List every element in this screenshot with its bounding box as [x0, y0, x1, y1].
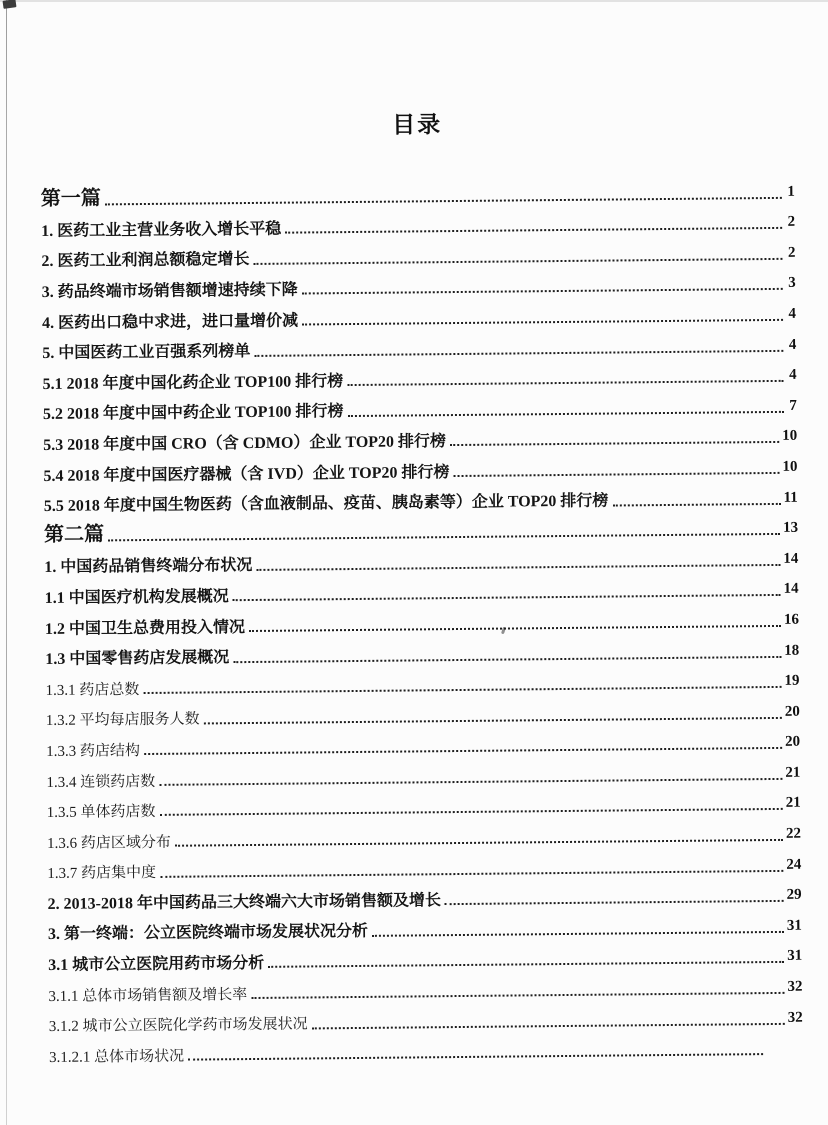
toc-entry-label: 第二篇	[44, 524, 104, 548]
toc-entry-page: 16	[784, 612, 799, 629]
toc-entry-label: 1.3.3 药店结构	[46, 743, 140, 761]
scan-corner-mark-artifact	[3, 0, 17, 9]
toc-entry-label: 5.1 2018 年度中国化药企业 TOP100 排行榜	[43, 373, 344, 394]
toc-entry-page: 1	[785, 183, 795, 200]
toc-entry-page: 24	[786, 856, 801, 873]
dot-leader	[256, 564, 780, 571]
toc-entry-label: 1.3.1 药店总数	[45, 682, 139, 700]
dot-leader	[347, 380, 783, 386]
toc-entry-page: 11	[783, 489, 797, 506]
toc-entry-page: 14	[784, 581, 799, 598]
dot-leader	[233, 655, 781, 662]
toc-entry-label: 1.3.6 药店区域分布	[47, 835, 171, 853]
toc-entry-page: 13	[783, 520, 798, 537]
toc-entry-label: 1.3.7 药店集中度	[47, 865, 156, 883]
toc-entry-page: 21	[786, 795, 801, 812]
toc-entry-page: 19	[784, 673, 799, 690]
toc-entry-label: 2. 2013-2018 年中国药品三大终端六大市场销售额及增长	[48, 892, 442, 914]
dot-leader	[204, 717, 782, 725]
toc-entry-label: 3.1.1 总体市场销售额及增长率	[48, 987, 247, 1006]
dot-leader	[188, 1053, 763, 1061]
toc-entry-label: 1.3.2 平均每店服务人数	[46, 712, 200, 731]
dot-leader	[160, 870, 783, 878]
toc-entry-label: 1.1 中国医疗机构发展概况	[45, 588, 229, 608]
toc-entry-label: 1.3.4 连锁药店数	[46, 774, 155, 792]
dot-leader	[159, 778, 782, 786]
dot-leader	[254, 349, 783, 356]
toc-entry-label: 3.1 城市公立医院用药市场分析	[48, 955, 264, 975]
dot-leader	[445, 900, 784, 905]
toc-entry-page: 32	[787, 979, 802, 996]
dot-leader	[160, 808, 783, 816]
toc-entry-label: 1.2 中国卫生总费用投入情况	[45, 619, 245, 639]
scanned-document-page: 目录 第一篇 1 1. 医药工业主营业务收入增长平稳 2 2. 医药工业利润总额…	[0, 0, 828, 1125]
toc-entry-page: 31	[787, 918, 802, 935]
toc-entry-label: 3.1.2.1 总体市场状况	[49, 1049, 184, 1068]
toc-entry-label: 5.2 2018 年度中国中药企业 TOP100 排行榜	[43, 403, 344, 424]
toc-entry-label: 4. 医药出口稳中求进，进口量增价减	[42, 312, 298, 333]
dot-leader	[312, 1023, 785, 1030]
dot-leader	[175, 839, 783, 847]
toc-entry-label: 1.3.5 单体药店数	[47, 804, 156, 822]
dot-leader	[253, 258, 782, 265]
scan-top-edge-artifact	[0, 0, 828, 2]
toc-entry-page: 10	[782, 428, 797, 445]
toc-entry-page: 10	[782, 459, 797, 476]
toc-entry-page: 21	[785, 765, 800, 782]
toc-entry-page: 32	[788, 1009, 803, 1026]
dot-leader	[251, 992, 784, 999]
toc-entry-label: 1.3 中国零售药店发展概况	[45, 649, 229, 669]
toc-entry-label: 3. 第一终端：公立医院终端市场发展状况分析	[48, 923, 368, 944]
dot-leader	[302, 319, 783, 326]
toc-entry-label: 3.1.2 城市公立医院化学药市场发展状况	[49, 1017, 308, 1037]
dot-leader	[144, 747, 782, 755]
toc-entry-page: 4	[787, 367, 797, 384]
toc-entry-label: 5.3 2018 年度中国 CRO（含 CDMO）企业 TOP20 排行榜	[43, 433, 446, 455]
toc-entry-page: 31	[787, 948, 802, 965]
toc-entry-page: 4	[786, 336, 796, 353]
toc-entry-page: 4	[786, 306, 796, 323]
scan-left-edge-artifact	[6, 0, 7, 1125]
dot-leader	[372, 931, 784, 937]
toc-entry-label: 5. 中国医药工业百强系列榜单	[42, 343, 250, 363]
dot-leader	[348, 411, 784, 417]
toc-entry-page: 2	[785, 245, 795, 262]
toc-entry-label: 第一篇	[41, 187, 101, 211]
toc-entry-label: 1. 医药工业主营业务收入增长平稳	[41, 220, 281, 241]
toc-entry-page: 14	[783, 550, 798, 567]
toc-entry-page: 22	[786, 826, 801, 843]
toc-entry-label: 3. 药品终端市场销售额增速持续下降	[42, 282, 298, 303]
dot-leader	[233, 594, 781, 601]
toc-title: 目录	[40, 103, 794, 143]
page-content: 目录 第一篇 1 1. 医药工业主营业务收入增长平稳 2 2. 医药工业利润总额…	[40, 103, 803, 1067]
toc-entry-page: 2	[785, 214, 795, 231]
dot-leader	[285, 227, 782, 234]
dot-leader	[143, 686, 781, 694]
toc-list: 第一篇 1 1. 医药工业主营业务收入增长平稳 2 2. 医药工业利润总额稳定增…	[41, 173, 803, 1067]
toc-entry-page: 29	[786, 887, 801, 904]
toc-entry-page: 20	[785, 703, 800, 720]
toc-entry-page: 3	[786, 275, 796, 292]
dot-leader	[302, 288, 783, 295]
toc-entry-label: 1. 中国药品销售终端分布状况	[44, 557, 252, 577]
toc-entry-page: 20	[785, 734, 800, 751]
dot-leader	[268, 961, 784, 968]
dot-leader	[450, 441, 779, 446]
toc-entry-page: 18	[784, 642, 799, 659]
toc-entry-label: 5.4 2018 年度中国医疗器械（含 IVD）企业 TOP20 排行榜	[43, 464, 449, 486]
dot-leader	[453, 472, 779, 477]
toc-entry-page: 7	[787, 397, 797, 414]
dot-leader	[249, 625, 781, 632]
dot-leader	[612, 502, 780, 506]
toc-entry-label: 2. 医药工业利润总额稳定增长	[41, 251, 249, 271]
